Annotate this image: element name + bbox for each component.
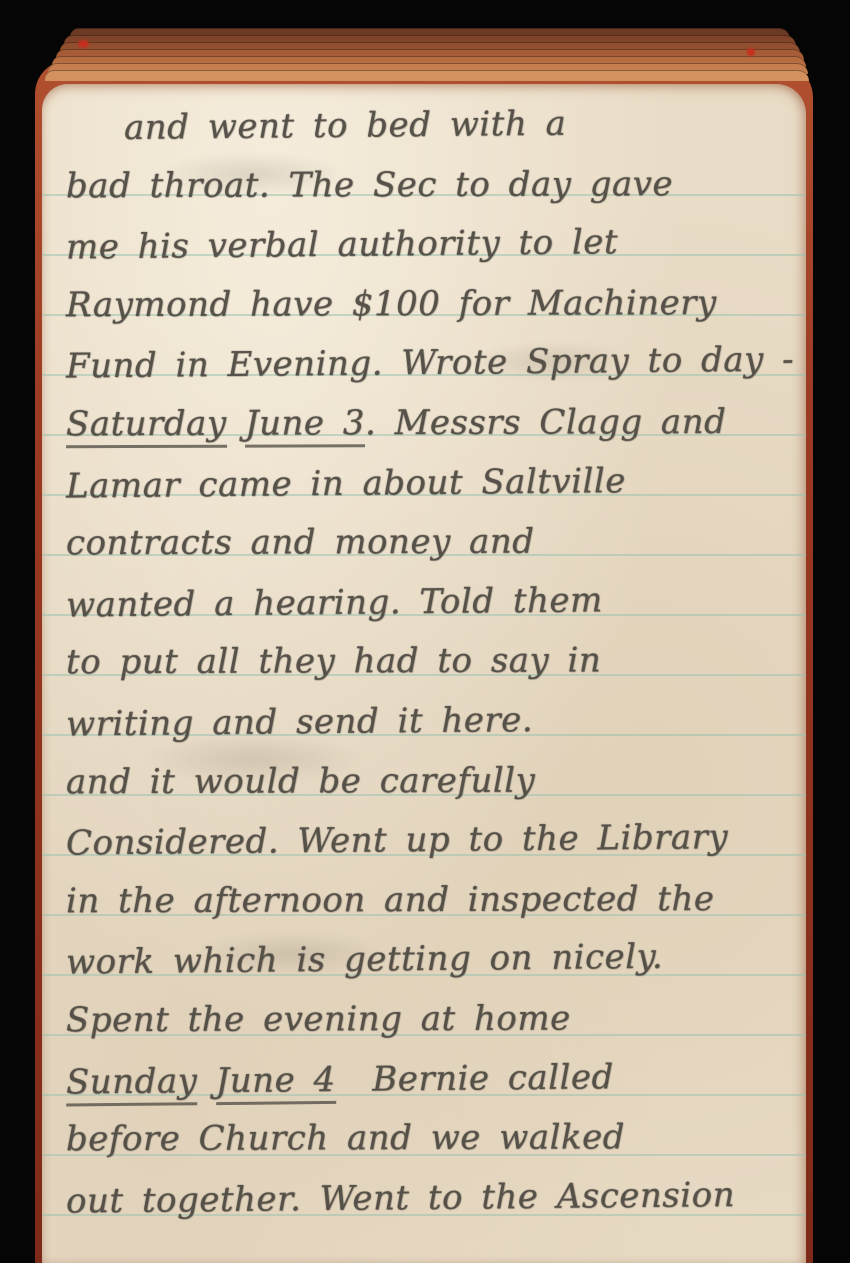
handwriting-line: Considered. Went up to the Library (66, 813, 796, 866)
red-edge-stain (747, 48, 755, 56)
date-gap (227, 404, 245, 444)
handwriting-line: to put all they had to say in (66, 637, 796, 686)
handwriting-line: contracts and money and (66, 518, 796, 567)
date-day-label: Saturday (66, 404, 227, 449)
handwriting-line: and went to bed with a (66, 98, 796, 151)
handwriting-line: before Church and we walked (66, 1114, 796, 1163)
handwriting-line: Lamar came in about Saltville (66, 456, 796, 509)
red-edge-stain (78, 40, 89, 48)
date-value-label: June 3 (245, 403, 365, 447)
handwriting-line-date-sunday: Sunday June 4 Bernie called (66, 1052, 796, 1105)
handwriting-line: wanted a hearing. Told them (66, 575, 796, 628)
date-line-rest: Bernie called (335, 1057, 613, 1100)
handwriting-line: work which is getting on nicely. (66, 932, 796, 985)
handwriting-line: Raymond have $100 for Machinery (66, 280, 796, 329)
handwriting-line-date-saturday: Saturday June 3. Messrs Clagg and (66, 399, 796, 448)
notebook-page: and went to bed with a bad throat. The S… (42, 84, 806, 1263)
handwriting-line: me his verbal authority to let (66, 217, 796, 270)
date-value-label: June 4 (215, 1060, 335, 1105)
page-edge-sheet (45, 70, 809, 81)
handwriting-line: Spent the evening at home (66, 995, 796, 1044)
date-gap (197, 1061, 216, 1101)
handwriting-line: Fund in Evening. Wrote Spray to day - (66, 336, 796, 389)
handwriting-line: in the afternoon and inspected the (66, 876, 796, 925)
handwriting-line: bad throat. The Sec to day gave (66, 161, 796, 210)
date-line-rest: . Messrs Clagg and (365, 402, 727, 443)
date-day-label: Sunday (66, 1061, 198, 1106)
handwriting-line: out together. Went to the Ascension (66, 1171, 796, 1224)
handwriting-line: writing and send it here. (66, 694, 796, 747)
handwriting-line: and it would be carefully (66, 757, 796, 806)
photo-background: and went to bed with a bad throat. The S… (0, 0, 850, 1263)
